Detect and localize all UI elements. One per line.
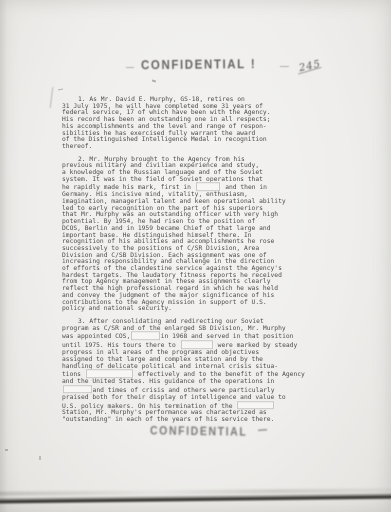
redaction-box bbox=[196, 183, 221, 191]
redaction-box bbox=[181, 341, 213, 349]
classification-stamp-top: CONFIDENTIAL! bbox=[141, 58, 255, 73]
page-number-annotation: 245 bbox=[298, 59, 322, 74]
pen-stroke-tick bbox=[58, 88, 63, 90]
text-line: of the Distinguished Intelligence Medal … bbox=[62, 137, 304, 144]
redaction-box bbox=[131, 332, 160, 340]
text-segment: thereof. bbox=[62, 143, 92, 150]
redaction-box bbox=[86, 370, 133, 378]
text-segment: system. It was in the field of Soviet op… bbox=[62, 176, 263, 183]
scan-speck bbox=[39, 456, 41, 460]
scan-artifact-tick bbox=[152, 79, 156, 82]
redaction-box bbox=[63, 385, 92, 393]
classification-stamp-top-text: CONFIDENTIAL bbox=[141, 58, 246, 73]
text-line: and the United States. His guidance of t… bbox=[62, 379, 304, 386]
text-line: policy and national security. bbox=[62, 306, 304, 313]
paragraph: 3. After consolidating and redirecting o… bbox=[62, 319, 304, 424]
text-line: "outstanding" in each of the years of hi… bbox=[62, 417, 304, 424]
text-line: system. It was in the field of Soviet op… bbox=[62, 177, 304, 184]
scanned-document-page: CONFIDENTIAL! 245 1. As Mr. David E. Mur… bbox=[0, 0, 391, 512]
text-segment: of the Distinguished Intelligence Medal … bbox=[62, 136, 267, 143]
text-segment: was appointed COS, bbox=[62, 334, 130, 341]
scan-artifact-dash bbox=[280, 66, 289, 67]
document-body: 1. As Mr. David E. Murphy, GS-18, retire… bbox=[62, 97, 304, 430]
text-line: thereof. bbox=[62, 144, 304, 151]
text-segment: policy and national security. bbox=[62, 305, 172, 312]
paragraph: 1. As Mr. David E. Murphy, GS-18, retire… bbox=[62, 97, 304, 151]
paragraph: 2. Mr. Murphy brought to the Agency from… bbox=[62, 157, 304, 313]
text-segment: and the United States. His guidance of t… bbox=[62, 378, 274, 385]
stamp-edge-mark: ! bbox=[251, 58, 255, 71]
scan-artifact-dash bbox=[258, 429, 267, 431]
scan-edge-shading bbox=[0, 0, 7, 512]
classification-stamp-bottom: CONFIDENTIAL bbox=[150, 424, 248, 439]
pen-stroke-left-margin bbox=[50, 87, 54, 108]
redaction-box bbox=[237, 401, 273, 409]
text-segment: program as C/SR and of the enlarged SB D… bbox=[62, 325, 286, 332]
text-segment: "outstanding" in each of the years of hi… bbox=[62, 416, 274, 423]
text-line: program as C/SR and of the enlarged SB D… bbox=[62, 326, 304, 333]
scan-artifact-dash bbox=[126, 67, 134, 68]
